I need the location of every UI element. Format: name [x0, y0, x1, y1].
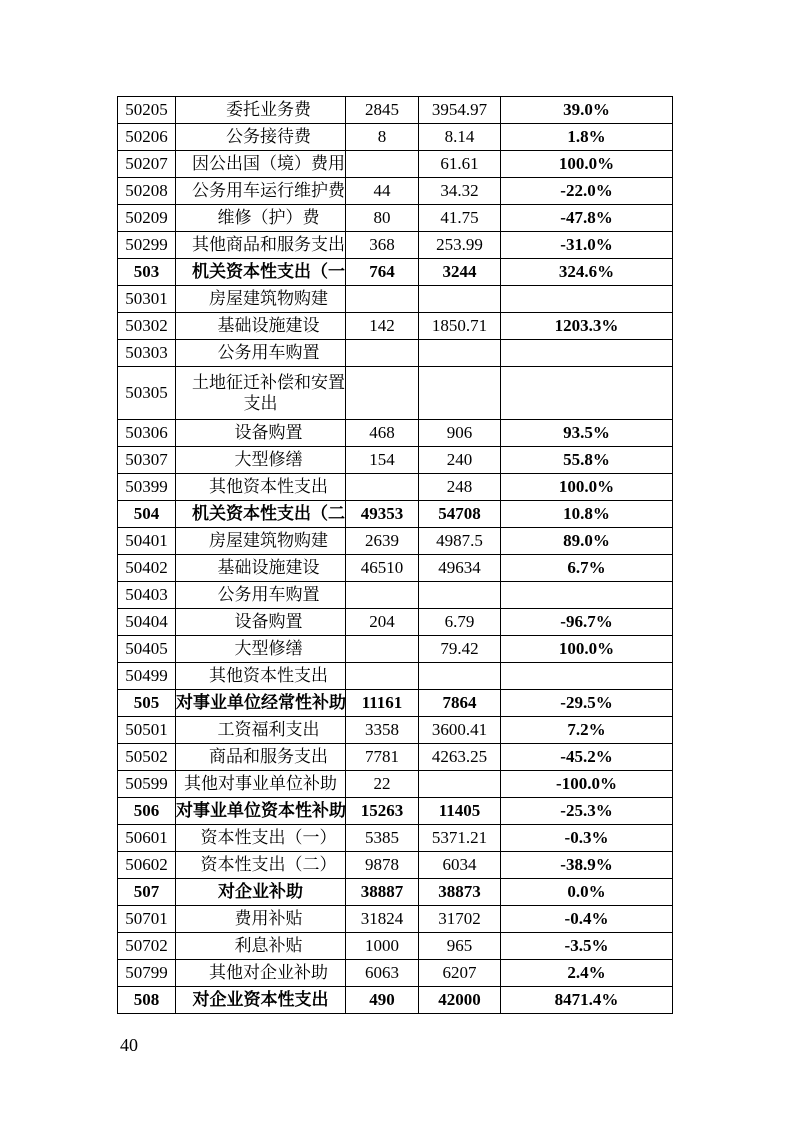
code-cell: 50502 — [118, 744, 176, 771]
budget-value-cell: 204 — [346, 609, 419, 636]
name-cell: 公务接待费 — [176, 124, 346, 151]
actual-value-cell: 1850.71 — [419, 313, 501, 340]
actual-value-cell — [419, 286, 501, 313]
table-row: 50301 房屋建筑物购建 — [118, 286, 673, 313]
actual-value-cell: 54708 — [419, 501, 501, 528]
change-percent-cell: 6.7% — [501, 555, 673, 582]
table-row: 504 机关资本性支出（二） 49353 54708 10.8% — [118, 501, 673, 528]
budget-value-cell: 9878 — [346, 852, 419, 879]
name-cell: 机关资本性支出（一） — [176, 259, 346, 286]
actual-value-cell: 61.61 — [419, 151, 501, 178]
table-row: 506 对事业单位资本性补助 15263 11405 -25.3% — [118, 798, 673, 825]
actual-value-cell: 6207 — [419, 960, 501, 987]
change-percent-cell: -22.0% — [501, 178, 673, 205]
change-percent-cell: -31.0% — [501, 232, 673, 259]
name-cell: 其他对企业补助 — [176, 960, 346, 987]
table-row: 50701 费用补贴 31824 31702 -0.4% — [118, 906, 673, 933]
name-cell: 利息补贴 — [176, 933, 346, 960]
code-cell: 50399 — [118, 474, 176, 501]
actual-value-cell: 965 — [419, 933, 501, 960]
change-percent-cell — [501, 367, 673, 420]
code-cell: 50299 — [118, 232, 176, 259]
name-cell: 委托业务费 — [176, 97, 346, 124]
table-row: 50305 土地征迁补偿和安置支出 — [118, 367, 673, 420]
code-cell: 505 — [118, 690, 176, 717]
name-cell: 大型修缮 — [176, 447, 346, 474]
name-cell: 对企业资本性支出 — [176, 987, 346, 1014]
name-cell: 房屋建筑物购建 — [176, 528, 346, 555]
change-percent-cell: 89.0% — [501, 528, 673, 555]
budget-value-cell: 8 — [346, 124, 419, 151]
code-cell: 50209 — [118, 205, 176, 232]
actual-value-cell: 4987.5 — [419, 528, 501, 555]
page-number: 40 — [120, 1035, 138, 1056]
budget-value-cell: 15263 — [346, 798, 419, 825]
change-percent-cell: -96.7% — [501, 609, 673, 636]
budget-value-cell — [346, 663, 419, 690]
table-row: 50208 公务用车运行维护费 44 34.32 -22.0% — [118, 178, 673, 205]
name-cell: 房屋建筑物购建 — [176, 286, 346, 313]
actual-value-cell: 240 — [419, 447, 501, 474]
actual-value-cell: 34.32 — [419, 178, 501, 205]
change-percent-cell — [501, 340, 673, 367]
name-cell: 对企业补助 — [176, 879, 346, 906]
actual-value-cell: 248 — [419, 474, 501, 501]
budget-value-cell: 22 — [346, 771, 419, 798]
actual-value-cell: 6.79 — [419, 609, 501, 636]
code-cell: 50402 — [118, 555, 176, 582]
budget-value-cell: 49353 — [346, 501, 419, 528]
code-cell: 50405 — [118, 636, 176, 663]
table-row: 50799 其他对企业补助 6063 6207 2.4% — [118, 960, 673, 987]
actual-value-cell: 6034 — [419, 852, 501, 879]
budget-value-cell: 2639 — [346, 528, 419, 555]
actual-value-cell — [419, 582, 501, 609]
table-row: 50702 利息补贴 1000 965 -3.5% — [118, 933, 673, 960]
actual-value-cell: 906 — [419, 420, 501, 447]
code-cell: 50302 — [118, 313, 176, 340]
change-percent-cell: -25.3% — [501, 798, 673, 825]
code-cell: 50702 — [118, 933, 176, 960]
change-percent-cell: 100.0% — [501, 151, 673, 178]
actual-value-cell — [419, 340, 501, 367]
code-cell: 504 — [118, 501, 176, 528]
name-cell: 设备购置 — [176, 420, 346, 447]
actual-value-cell: 3954.97 — [419, 97, 501, 124]
actual-value-cell: 11405 — [419, 798, 501, 825]
name-cell: 资本性支出（一） — [176, 825, 346, 852]
code-cell: 506 — [118, 798, 176, 825]
budget-value-cell: 46510 — [346, 555, 419, 582]
change-percent-cell: -29.5% — [501, 690, 673, 717]
code-cell: 50208 — [118, 178, 176, 205]
change-percent-cell: 55.8% — [501, 447, 673, 474]
document-page: 50205 委托业务费 2845 3954.97 39.0% 50206 公务接… — [0, 0, 793, 1122]
actual-value-cell: 5371.21 — [419, 825, 501, 852]
table-row: 50601 资本性支出（一） 5385 5371.21 -0.3% — [118, 825, 673, 852]
code-cell: 50599 — [118, 771, 176, 798]
code-cell: 50501 — [118, 717, 176, 744]
table-row: 50207 因公出国（境）费用 61.61 100.0% — [118, 151, 673, 178]
name-cell: 基础设施建设 — [176, 313, 346, 340]
name-cell: 公务用车运行维护费 — [176, 178, 346, 205]
budget-table: 50205 委托业务费 2845 3954.97 39.0% 50206 公务接… — [117, 96, 673, 1014]
code-cell: 50205 — [118, 97, 176, 124]
table-row: 50404 设备购置 204 6.79 -96.7% — [118, 609, 673, 636]
table-row: 50602 资本性支出（二） 9878 6034 -38.9% — [118, 852, 673, 879]
name-cell: 设备购置 — [176, 609, 346, 636]
name-cell: 其他商品和服务支出 — [176, 232, 346, 259]
budget-value-cell: 7781 — [346, 744, 419, 771]
budget-value-cell — [346, 367, 419, 420]
code-cell: 50403 — [118, 582, 176, 609]
change-percent-cell — [501, 286, 673, 313]
name-cell: 基础设施建设 — [176, 555, 346, 582]
budget-value-cell — [346, 151, 419, 178]
change-percent-cell: 0.0% — [501, 879, 673, 906]
code-cell: 507 — [118, 879, 176, 906]
code-cell: 50307 — [118, 447, 176, 474]
name-cell: 其他资本性支出 — [176, 663, 346, 690]
actual-value-cell: 8.14 — [419, 124, 501, 151]
name-cell: 机关资本性支出（二） — [176, 501, 346, 528]
budget-value-cell: 31824 — [346, 906, 419, 933]
change-percent-cell: 100.0% — [501, 636, 673, 663]
change-percent-cell: -0.3% — [501, 825, 673, 852]
table-row: 505 对事业单位经常性补助 11161 7864 -29.5% — [118, 690, 673, 717]
table-row: 50502 商品和服务支出 7781 4263.25 -45.2% — [118, 744, 673, 771]
actual-value-cell — [419, 663, 501, 690]
code-cell: 50499 — [118, 663, 176, 690]
budget-value-cell: 764 — [346, 259, 419, 286]
budget-value-cell: 44 — [346, 178, 419, 205]
actual-value-cell: 3244 — [419, 259, 501, 286]
name-cell: 土地征迁补偿和安置支出 — [176, 367, 346, 420]
table-row: 50401 房屋建筑物购建 2639 4987.5 89.0% — [118, 528, 673, 555]
actual-value-cell: 38873 — [419, 879, 501, 906]
name-cell: 费用补贴 — [176, 906, 346, 933]
actual-value-cell: 3600.41 — [419, 717, 501, 744]
change-percent-cell: -38.9% — [501, 852, 673, 879]
actual-value-cell: 79.42 — [419, 636, 501, 663]
change-percent-cell: -45.2% — [501, 744, 673, 771]
budget-value-cell — [346, 582, 419, 609]
code-cell: 50401 — [118, 528, 176, 555]
name-cell: 大型修缮 — [176, 636, 346, 663]
name-cell: 公务用车购置 — [176, 582, 346, 609]
change-percent-cell: 93.5% — [501, 420, 673, 447]
budget-value-cell — [346, 474, 419, 501]
table-row: 50205 委托业务费 2845 3954.97 39.0% — [118, 97, 673, 124]
code-cell: 50404 — [118, 609, 176, 636]
change-percent-cell: 7.2% — [501, 717, 673, 744]
name-cell: 对事业单位资本性补助 — [176, 798, 346, 825]
table-row: 50299 其他商品和服务支出 368 253.99 -31.0% — [118, 232, 673, 259]
change-percent-cell: -3.5% — [501, 933, 673, 960]
name-cell: 对事业单位经常性补助 — [176, 690, 346, 717]
budget-value-cell: 490 — [346, 987, 419, 1014]
budget-value-cell: 142 — [346, 313, 419, 340]
table-row: 50399 其他资本性支出 248 100.0% — [118, 474, 673, 501]
budget-value-cell: 6063 — [346, 960, 419, 987]
code-cell: 50602 — [118, 852, 176, 879]
table-row: 50209 维修（护）费 80 41.75 -47.8% — [118, 205, 673, 232]
code-cell: 50303 — [118, 340, 176, 367]
code-cell: 50799 — [118, 960, 176, 987]
budget-value-cell — [346, 286, 419, 313]
budget-value-cell: 5385 — [346, 825, 419, 852]
name-cell: 维修（护）费 — [176, 205, 346, 232]
code-cell: 503 — [118, 259, 176, 286]
budget-value-cell: 368 — [346, 232, 419, 259]
name-cell: 因公出国（境）费用 — [176, 151, 346, 178]
actual-value-cell: 31702 — [419, 906, 501, 933]
table-row: 50306 设备购置 468 906 93.5% — [118, 420, 673, 447]
change-percent-cell: -0.4% — [501, 906, 673, 933]
budget-value-cell: 468 — [346, 420, 419, 447]
table-row: 50405 大型修缮 79.42 100.0% — [118, 636, 673, 663]
change-percent-cell: 8471.4% — [501, 987, 673, 1014]
change-percent-cell: 1.8% — [501, 124, 673, 151]
name-cell: 商品和服务支出 — [176, 744, 346, 771]
table-body: 50205 委托业务费 2845 3954.97 39.0% 50206 公务接… — [118, 97, 673, 1014]
code-cell: 50301 — [118, 286, 176, 313]
change-percent-cell: 100.0% — [501, 474, 673, 501]
table-row: 50599 其他对事业单位补助 22 -100.0% — [118, 771, 673, 798]
budget-value-cell: 2845 — [346, 97, 419, 124]
name-cell: 其他资本性支出 — [176, 474, 346, 501]
change-percent-cell — [501, 582, 673, 609]
code-cell: 508 — [118, 987, 176, 1014]
name-cell: 公务用车购置 — [176, 340, 346, 367]
budget-value-cell: 154 — [346, 447, 419, 474]
code-cell: 50305 — [118, 367, 176, 420]
table-row: 50307 大型修缮 154 240 55.8% — [118, 447, 673, 474]
change-percent-cell: -47.8% — [501, 205, 673, 232]
code-cell: 50207 — [118, 151, 176, 178]
actual-value-cell: 253.99 — [419, 232, 501, 259]
code-cell: 50601 — [118, 825, 176, 852]
change-percent-cell: -100.0% — [501, 771, 673, 798]
change-percent-cell: 1203.3% — [501, 313, 673, 340]
budget-value-cell: 80 — [346, 205, 419, 232]
change-percent-cell: 324.6% — [501, 259, 673, 286]
change-percent-cell: 2.4% — [501, 960, 673, 987]
table-row: 50402 基础设施建设 46510 49634 6.7% — [118, 555, 673, 582]
budget-value-cell: 3358 — [346, 717, 419, 744]
name-cell: 其他对事业单位补助 — [176, 771, 346, 798]
actual-value-cell: 49634 — [419, 555, 501, 582]
actual-value-cell: 41.75 — [419, 205, 501, 232]
budget-value-cell — [346, 340, 419, 367]
actual-value-cell: 42000 — [419, 987, 501, 1014]
change-percent-cell: 10.8% — [501, 501, 673, 528]
table-row: 503 机关资本性支出（一） 764 3244 324.6% — [118, 259, 673, 286]
table-row: 50501 工资福利支出 3358 3600.41 7.2% — [118, 717, 673, 744]
code-cell: 50306 — [118, 420, 176, 447]
budget-value-cell: 38887 — [346, 879, 419, 906]
actual-value-cell: 4263.25 — [419, 744, 501, 771]
change-percent-cell — [501, 663, 673, 690]
table-row: 50499 其他资本性支出 — [118, 663, 673, 690]
actual-value-cell — [419, 771, 501, 798]
budget-value-cell: 11161 — [346, 690, 419, 717]
budget-value-cell — [346, 636, 419, 663]
name-cell: 工资福利支出 — [176, 717, 346, 744]
table-row: 50403 公务用车购置 — [118, 582, 673, 609]
actual-value-cell — [419, 367, 501, 420]
budget-value-cell: 1000 — [346, 933, 419, 960]
change-percent-cell: 39.0% — [501, 97, 673, 124]
name-cell: 资本性支出（二） — [176, 852, 346, 879]
code-cell: 50701 — [118, 906, 176, 933]
table-row: 50206 公务接待费 8 8.14 1.8% — [118, 124, 673, 151]
table-row: 50302 基础设施建设 142 1850.71 1203.3% — [118, 313, 673, 340]
code-cell: 50206 — [118, 124, 176, 151]
actual-value-cell: 7864 — [419, 690, 501, 717]
table-row: 50303 公务用车购置 — [118, 340, 673, 367]
table-row: 508 对企业资本性支出 490 42000 8471.4% — [118, 987, 673, 1014]
table-row: 507 对企业补助 38887 38873 0.0% — [118, 879, 673, 906]
